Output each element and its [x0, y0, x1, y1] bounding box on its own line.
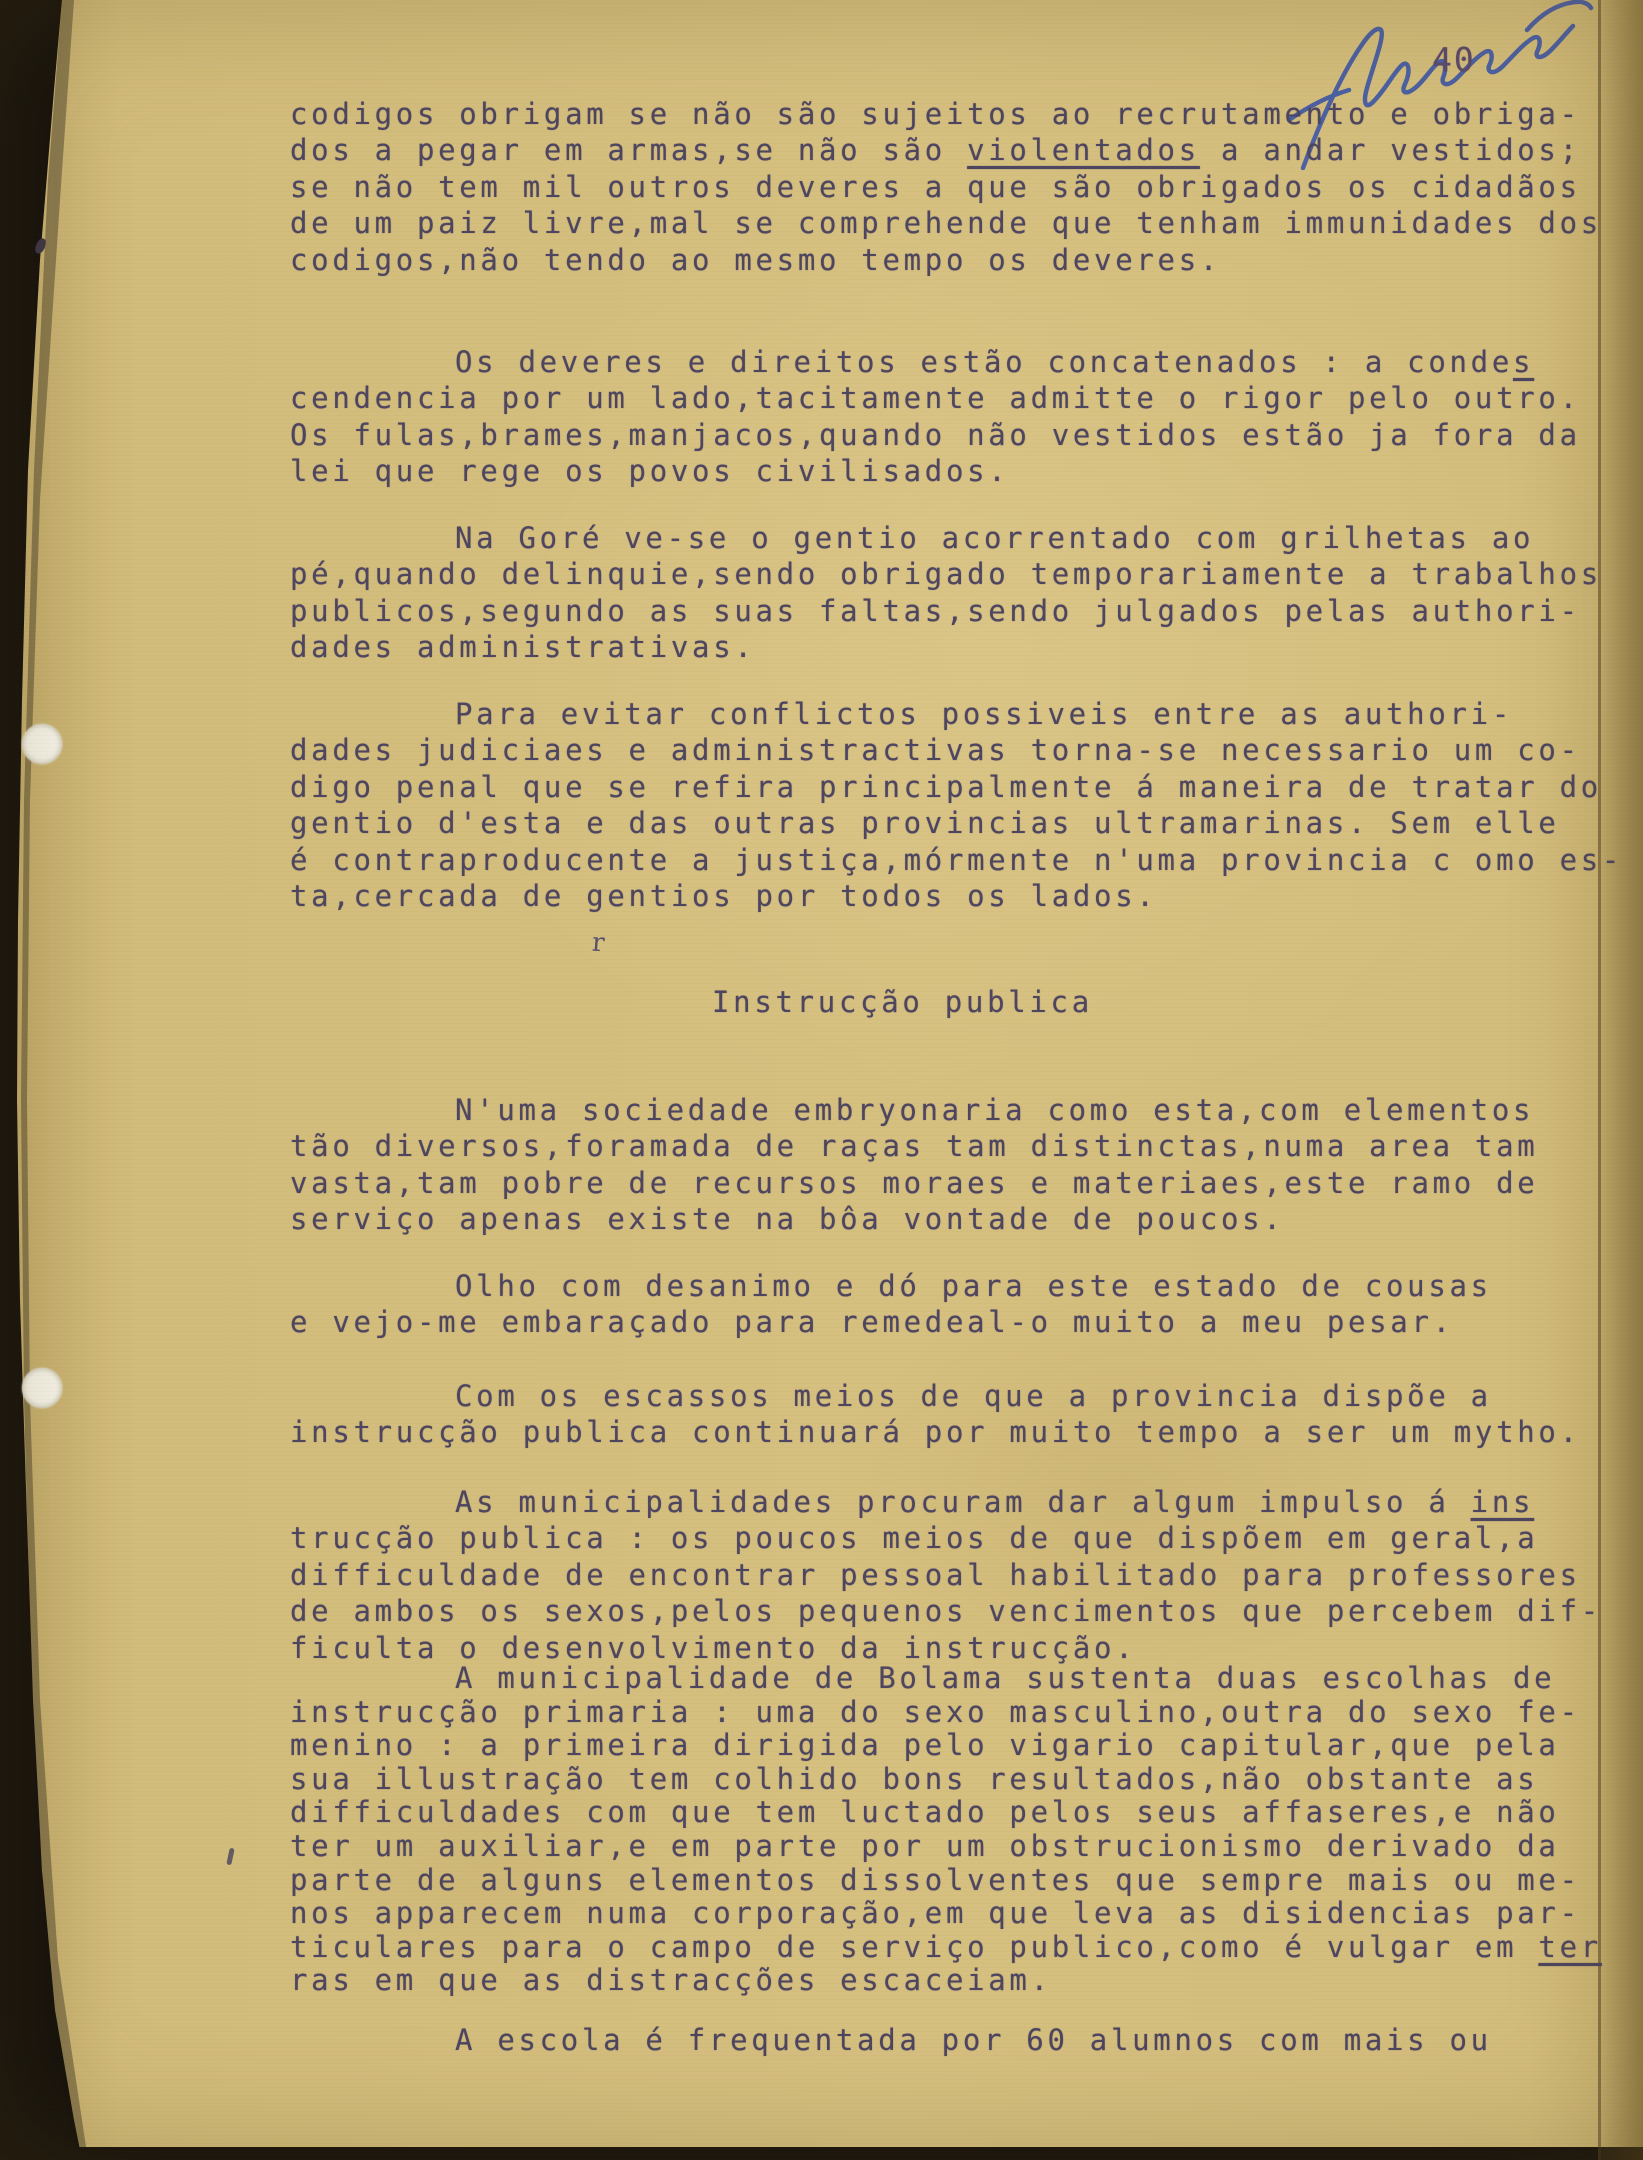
text-segment: Olho com desanimo e dó para este estado … [455, 1269, 1492, 1303]
text-line: parte de alguns elementos dissolventes q… [290, 1864, 1635, 1898]
text-segment: sua illustração tem colhido bons resulta… [290, 1762, 1538, 1796]
text-line: gentio d'esta e das outras provincias ul… [290, 805, 1635, 841]
ink-mark [226, 1848, 234, 1866]
stray-ink-mark: r [591, 928, 605, 959]
hole-punch-top [22, 724, 62, 764]
text-line: N'uma sociedade embryonaria como esta,co… [290, 1092, 1635, 1128]
text-line: Para evitar conflictos possiveis entre a… [290, 696, 1635, 732]
text-line: ras em que as distracções escaceiam. [290, 1964, 1635, 1998]
underlined-text: ins [1471, 1485, 1534, 1519]
text-line: A municipalidade de Bolama sustenta duas… [290, 1662, 1635, 1696]
text-segment: As municipalidades procuram dar algum im… [455, 1485, 1471, 1519]
text-segment: serviço apenas existe na bôa vontade de … [290, 1202, 1285, 1236]
text-line: sua illustração tem colhido bons resulta… [290, 1763, 1635, 1797]
text-segment: lei que rege os povos civilisados. [290, 454, 1009, 488]
page-number: 40 [1432, 40, 1476, 79]
text-line: instrucção primaria : uma do sexo mascul… [290, 1696, 1635, 1730]
text-line: cendencia por um lado,tacitamente admitt… [290, 380, 1635, 416]
text-line: ta,cercada de gentios por todos os lados… [290, 878, 1635, 914]
text-line: é contraproducente a justiça,mórmente n'… [290, 842, 1635, 878]
paragraph: N'uma sociedade embryonaria como esta,co… [290, 1092, 1635, 1238]
text-segment: ras em que as distracções escaceiam. [290, 1963, 1052, 1997]
text-line: pé,quando delinquie,sendo obrigado tempo… [290, 556, 1635, 592]
text-segment: Na Goré ve-se o gentio acorrentado com g… [455, 521, 1534, 555]
underlined-text: ter [1538, 1930, 1601, 1964]
paragraph: Para evitar conflictos possiveis entre a… [290, 696, 1635, 914]
text-line: Com os escassos meios de que a provincia… [290, 1378, 1635, 1414]
text-line: serviço apenas existe na bôa vontade de … [290, 1201, 1635, 1237]
paragraph: Na Goré ve-se o gentio acorrentado com g… [290, 520, 1635, 666]
text-segment: A municipalidade de Bolama sustenta duas… [455, 1661, 1555, 1695]
text-segment: ticulares para o campo de serviço public… [290, 1930, 1538, 1964]
text-segment: e vejo-me embaraçado para remedeal-o mui… [290, 1305, 1454, 1339]
scanned-document-page: 40 codigos obrigam se não são sujeitos a… [0, 0, 1643, 2160]
text-segment: se não tem mil outros deveres a que são … [290, 170, 1581, 204]
text-line: ter um auxiliar,e em parte por um obstru… [290, 1830, 1635, 1864]
text-segment: A escola é frequentada por 60 alumnos co… [455, 2023, 1492, 2057]
paragraph: Com os escassos meios de que a provincia… [290, 1378, 1635, 1451]
text-line: difficuldades com que tem luctado pelos … [290, 1796, 1635, 1830]
text-line: publicos,segundo as suas faltas,sendo ju… [290, 593, 1635, 629]
text-line: trucção publica : os poucos meios de que… [290, 1520, 1635, 1556]
text-segment: ficulta o desenvolvimento da instrucção. [290, 1631, 1136, 1665]
text-line: As municipalidades procuram dar algum im… [290, 1484, 1635, 1520]
text-segment: Os deveres e direitos estão concatenados… [455, 345, 1513, 379]
text-segment: dades administrativas. [290, 630, 756, 664]
underlined-text: s [1513, 345, 1534, 379]
text-segment: menino : a primeira dirigida pelo vigari… [290, 1728, 1560, 1762]
text-line: menino : a primeira dirigida pelo vigari… [290, 1729, 1635, 1763]
text-segment: difficuldades com que tem luctado pelos … [290, 1795, 1560, 1829]
text-line: codigos,não tendo ao mesmo tempo os deve… [290, 242, 1635, 278]
text-line: lei que rege os povos civilisados. [290, 453, 1635, 489]
text-line: de ambos os sexos,pelos pequenos vencime… [290, 1593, 1635, 1629]
text-segment: dades judiciaes e administractivas torna… [290, 733, 1581, 767]
text-segment: N'uma sociedade embryonaria como esta,co… [455, 1093, 1534, 1127]
text-line: instrucção publica continuará por muito … [290, 1414, 1635, 1450]
paragraph: codigos obrigam se não são sujeitos ao r… [290, 96, 1635, 278]
text-line: tão diversos,foramada de raças tam disti… [290, 1128, 1635, 1164]
text-segment: tão diversos,foramada de raças tam disti… [290, 1129, 1538, 1163]
text-segment: Com os escassos meios de que a provincia… [455, 1379, 1492, 1413]
underlined-text: violentados [967, 133, 1200, 167]
text-line: se não tem mil outros deveres a que são … [290, 169, 1635, 205]
text-segment: trucção publica : os poucos meios de que… [290, 1521, 1538, 1555]
text-line: e vejo-me embaraçado para remedeal-o mui… [290, 1304, 1635, 1340]
text-line: dades judiciaes e administractivas torna… [290, 732, 1635, 768]
text-segment: é contraproducente a justiça,mórmente n'… [290, 843, 1623, 877]
text-line: dades administrativas. [290, 629, 1635, 665]
text-line: Na Goré ve-se o gentio acorrentado com g… [290, 520, 1635, 556]
text-segment: Para evitar conflictos possiveis entre a… [455, 697, 1513, 731]
paragraph: A escola é frequentada por 60 alumnos co… [290, 2022, 1635, 2058]
text-segment: ta,cercada de gentios por todos os lados… [290, 879, 1158, 913]
text-segment: dos a pegar em armas,se não são [290, 133, 967, 167]
text-segment: parte de alguns elementos dissolventes q… [290, 1863, 1581, 1897]
text-line: nos apparecem numa corporação,em que lev… [290, 1897, 1635, 1931]
text-line: difficuldade de encontrar pessoal habili… [290, 1557, 1635, 1593]
text-line: Os deveres e direitos estão concatenados… [290, 344, 1635, 380]
text-segment: nos apparecem numa corporação,em que lev… [290, 1896, 1581, 1930]
text-line: Os fulas,brames,manjacos,quando não vest… [290, 417, 1635, 453]
text-line: de um paiz livre,mal se comprehende que … [290, 205, 1635, 241]
text-line: codigos obrigam se não são sujeitos ao r… [290, 96, 1635, 132]
text-line: ticulares para o campo de serviço public… [290, 1931, 1635, 1965]
hole-punch-bottom [22, 1368, 62, 1408]
text-segment: digo penal que se refira principalmente … [290, 770, 1602, 804]
text-line: digo penal que se refira principalmente … [290, 769, 1635, 805]
text-line: vasta,tam pobre de recursos moraes e mat… [290, 1165, 1635, 1201]
text-segment: codigos,não tendo ao mesmo tempo os deve… [290, 243, 1221, 277]
text-segment: cendencia por um lado,tacitamente admitt… [290, 381, 1581, 415]
paragraph: As municipalidades procuram dar algum im… [290, 1484, 1635, 1666]
text-segment: gentio d'esta e das outras provincias ul… [290, 806, 1560, 840]
scan-edge-bottom [0, 2147, 1643, 2160]
paragraph: Os deveres e direitos estão concatenados… [290, 344, 1635, 490]
text-segment: pé,quando delinquie,sendo obrigado tempo… [290, 557, 1602, 591]
text-segment: publicos,segundo as suas faltas,sendo ju… [290, 594, 1581, 628]
text-segment: a andar vestidos; [1200, 133, 1581, 167]
text-segment: difficuldade de encontrar pessoal habili… [290, 1558, 1581, 1592]
paragraph: A municipalidade de Bolama sustenta duas… [290, 1662, 1635, 1998]
text-segment: de ambos os sexos,pelos pequenos vencime… [290, 1594, 1602, 1628]
text-line: dos a pegar em armas,se não são violenta… [290, 132, 1635, 168]
scan-edge-left [0, 0, 110, 2160]
text-segment: codigos obrigam se não são sujeitos ao r… [290, 97, 1581, 131]
text-line: A escola é frequentada por 60 alumnos co… [290, 2022, 1635, 2058]
text-segment: Os fulas,brames,manjacos,quando não vest… [290, 418, 1581, 452]
text-segment: ter um auxiliar,e em parte por um obstru… [290, 1829, 1560, 1863]
text-line: Olho com desanimo e dó para este estado … [290, 1268, 1635, 1304]
text-segment: vasta,tam pobre de recursos moraes e mat… [290, 1166, 1538, 1200]
text-segment: instrucção publica continuará por muito … [290, 1415, 1581, 1449]
text-segment: instrucção primaria : uma do sexo mascul… [290, 1695, 1581, 1729]
section-heading: Instrucção publica [712, 985, 1093, 1019]
paragraph: Olho com desanimo e dó para este estado … [290, 1268, 1635, 1341]
text-segment: de um paiz livre,mal se comprehende que … [290, 206, 1602, 240]
